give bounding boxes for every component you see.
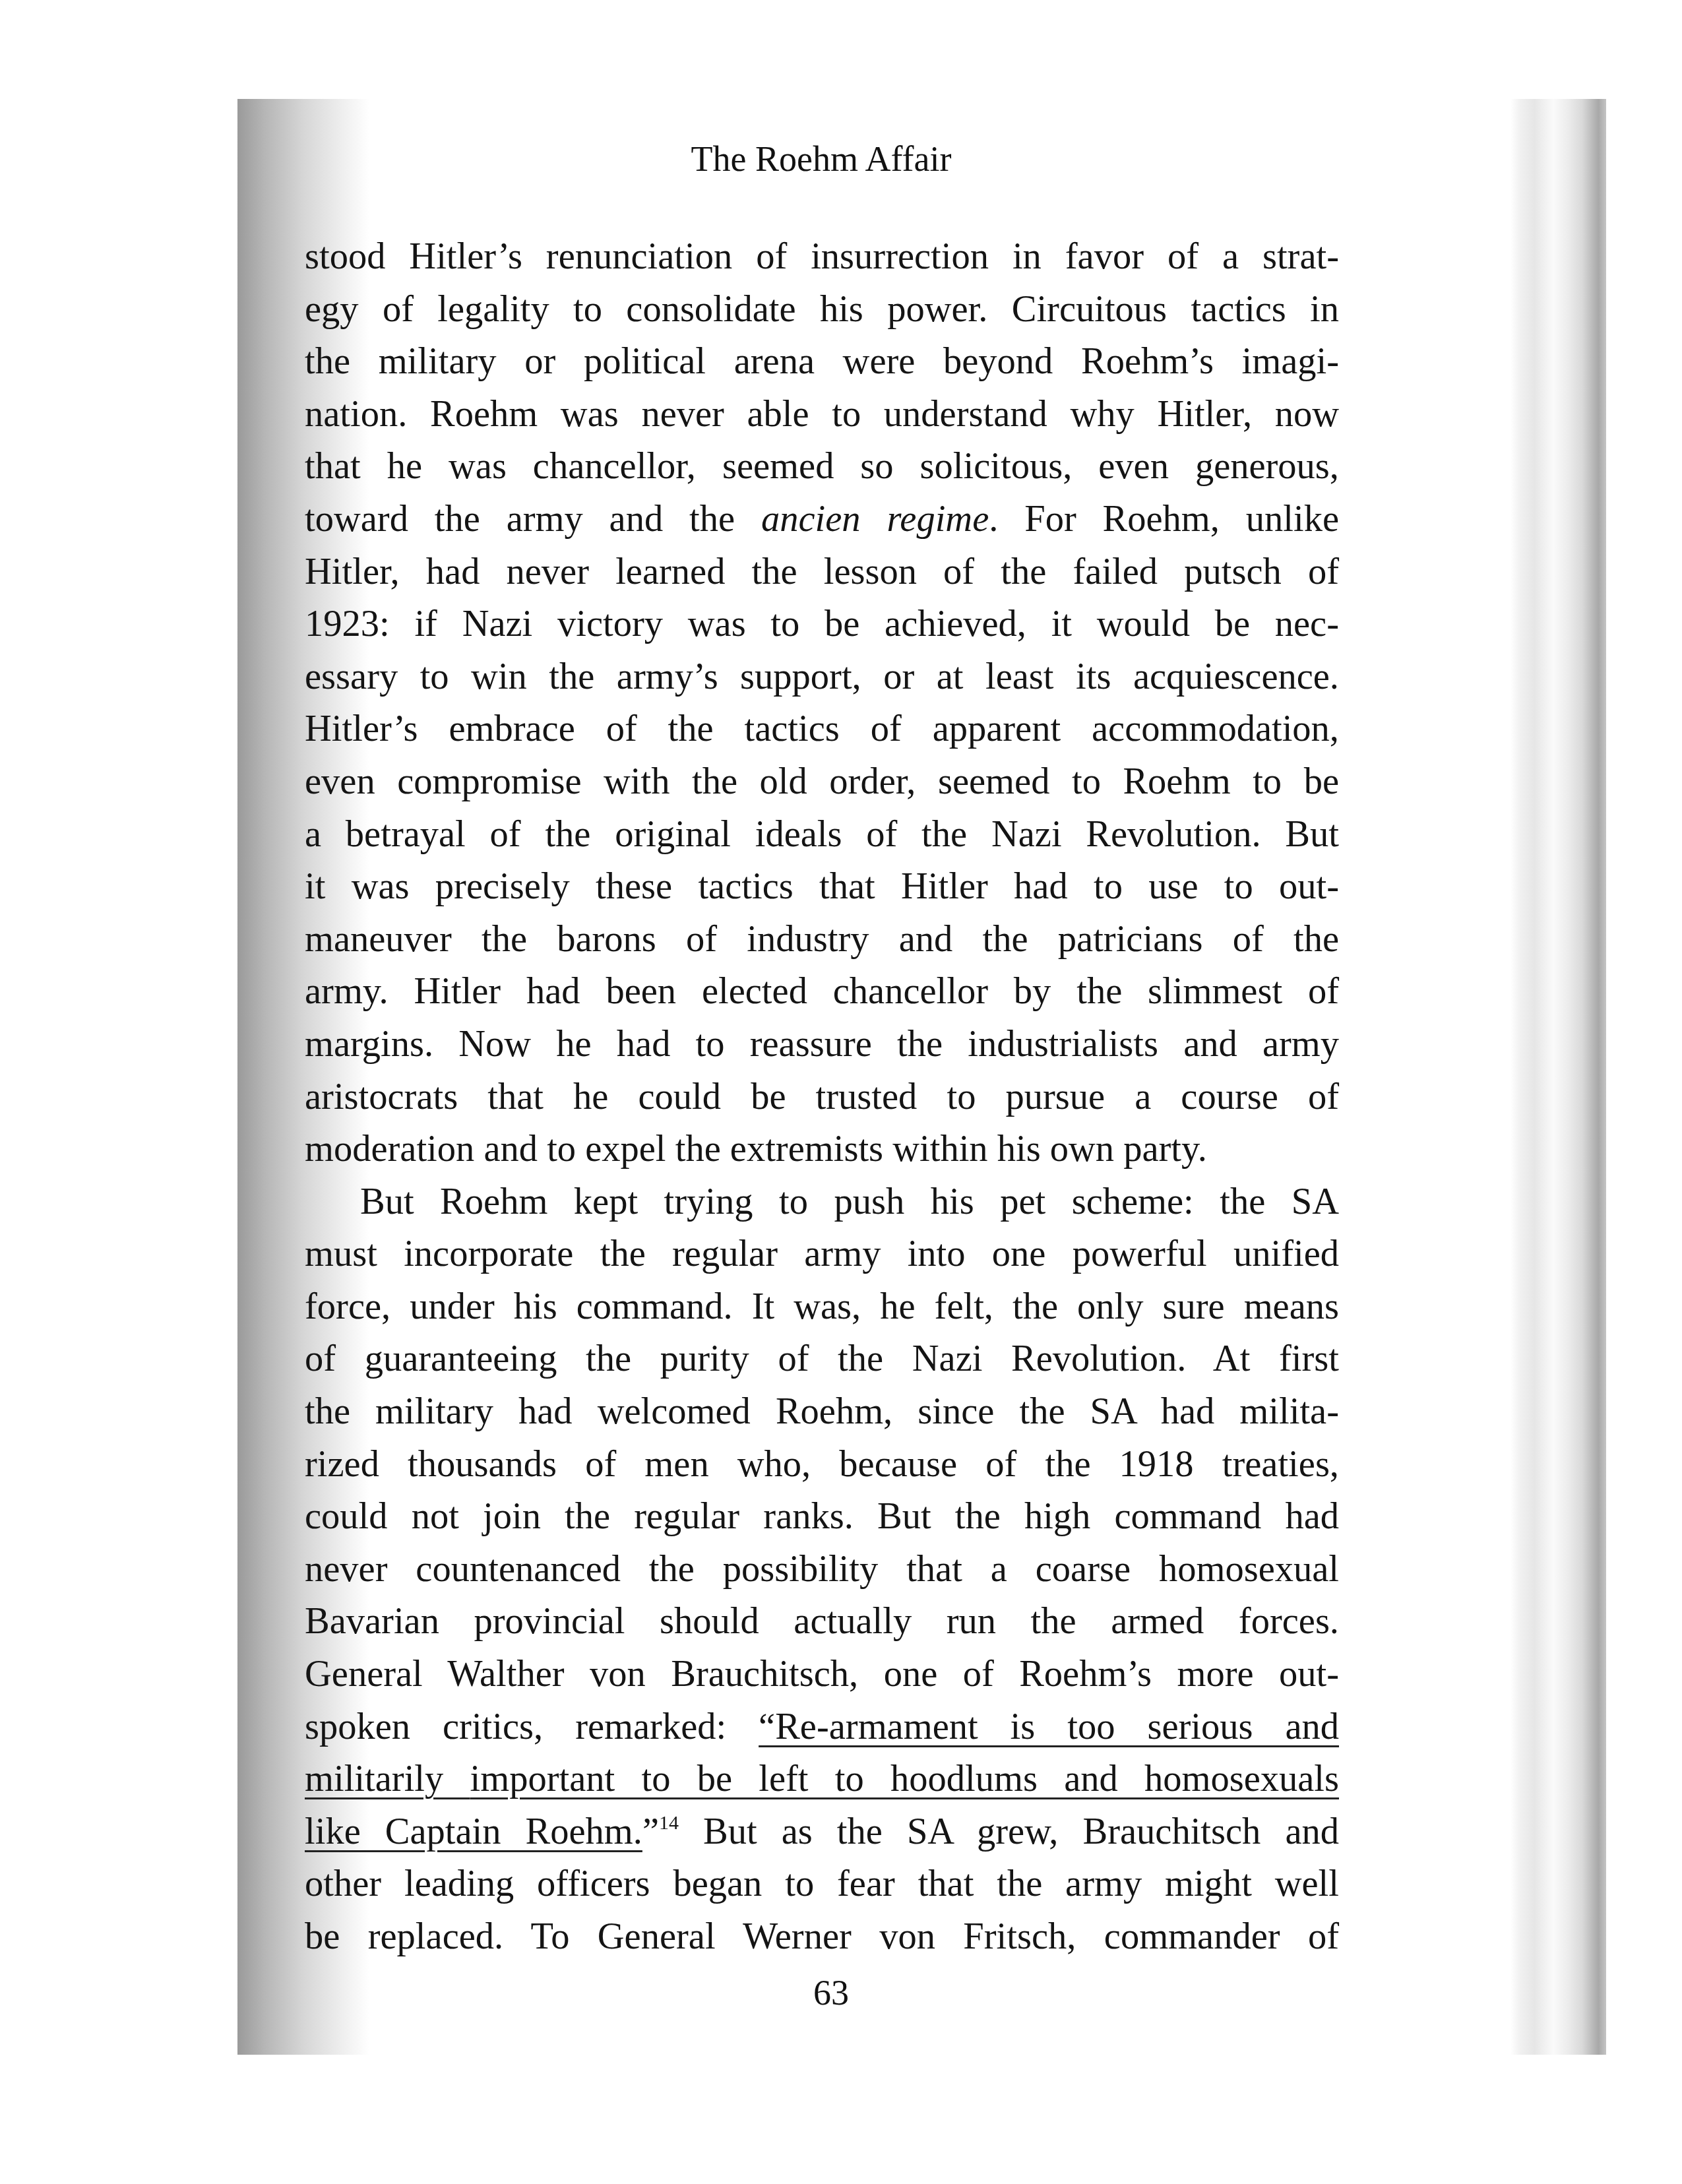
text-line: maneuver the barons of industry and the … xyxy=(305,914,1339,966)
text-segment: But as the SA grew, Brauchitsch and xyxy=(679,1811,1339,1852)
underlined-quote: “Re-armament is too serious and xyxy=(759,1706,1339,1747)
page-number: 63 xyxy=(765,1972,897,2013)
running-head: The Roehm Affair xyxy=(303,139,1339,179)
text-line: a betrayal of the original ideals of the… xyxy=(305,809,1339,861)
text-line: like Captain Roehm.”14 But as the SA gre… xyxy=(305,1806,1339,1859)
italic-phrase: ancien regime xyxy=(761,499,989,540)
text-line: nation. Roehm was never able to understa… xyxy=(305,389,1339,441)
text-line: Hitler, had never learned the lesson of … xyxy=(305,546,1339,599)
footnote-reference: 14 xyxy=(659,1812,679,1834)
text-line: moderation and to expel the extremists w… xyxy=(305,1123,1339,1176)
text-segment: toward the army and the xyxy=(305,499,761,540)
text-line: Hitler’s embrace of the tactics of appar… xyxy=(305,703,1339,756)
text-line: rized thousands of men who, because of t… xyxy=(305,1439,1339,1491)
text-line: it was precisely these tactics that Hitl… xyxy=(305,861,1339,914)
text-line: Bavarian provincial should actually run … xyxy=(305,1596,1339,1648)
text-line: But Roehm kept trying to push his pet sc… xyxy=(305,1176,1339,1229)
text-line: even compromise with the old order, seem… xyxy=(305,756,1339,809)
text-line: army. Hitler had been elected chancellor… xyxy=(305,966,1339,1018)
text-segment: . For Roehm, unlike xyxy=(989,499,1339,540)
text-line: margins. Now he had to reassure the indu… xyxy=(305,1018,1339,1071)
closing-quote: ” xyxy=(642,1811,659,1852)
text-line: could not join the regular ranks. But th… xyxy=(305,1491,1339,1544)
underlined-quote: like Captain Roehm. xyxy=(305,1811,642,1852)
text-line: stood Hitler’s renunciation of insurrect… xyxy=(305,231,1339,284)
text-line: spoken critics, remarked: “Re-armament i… xyxy=(305,1701,1339,1754)
text-line: General Walther von Brauchitsch, one of … xyxy=(305,1648,1339,1701)
text-line: essary to win the army’s support, or at … xyxy=(305,651,1339,704)
text-line: be replaced. To General Werner von Frits… xyxy=(305,1911,1339,1964)
text-line: other leading officers began to fear tha… xyxy=(305,1858,1339,1911)
text-line: must incorporate the regular army into o… xyxy=(305,1228,1339,1281)
text-line: 1923: if Nazi victory was to be achieved… xyxy=(305,598,1339,651)
text-line: toward the army and the ancien regime. F… xyxy=(305,493,1339,546)
text-line: the military had welcomed Roehm, since t… xyxy=(305,1386,1339,1439)
text-line: force, under his command. It was, he fel… xyxy=(305,1281,1339,1334)
text-line: the military or political arena were bey… xyxy=(305,336,1339,389)
page-edge-stack xyxy=(1511,99,1606,2055)
text-line: that he was chancellor, seemed so solici… xyxy=(305,441,1339,493)
underlined-quote: important to be left to hoodlums and hom… xyxy=(470,1759,1339,1799)
text-line: militarily important to be left to hoodl… xyxy=(305,1753,1339,1806)
text-line: of guaranteeing the purity of the Nazi R… xyxy=(305,1333,1339,1386)
text-segment: spoken critics, remarked: xyxy=(305,1706,759,1747)
underlined-quote: militarily xyxy=(305,1759,470,1799)
text-line: egy of legality to consolidate his power… xyxy=(305,284,1339,336)
text-line: aristocrats that he could be trusted to … xyxy=(305,1071,1339,1124)
text-line: never countenanced the possibility that … xyxy=(305,1544,1339,1596)
body-text: stood Hitler’s renunciation of insurrect… xyxy=(305,231,1339,1964)
